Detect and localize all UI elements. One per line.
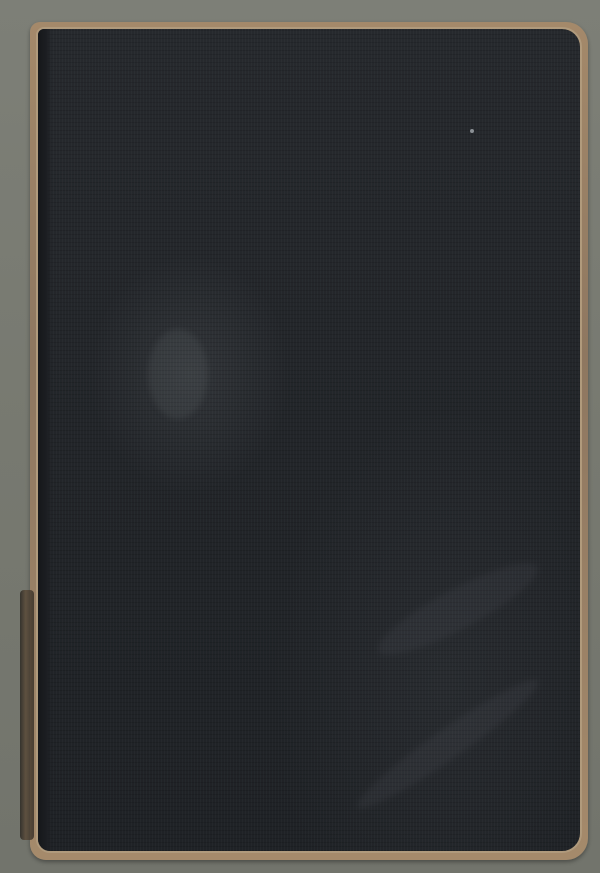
cover-scuff (369, 549, 547, 669)
cover-speck (470, 129, 474, 133)
cover-scuff (148, 329, 208, 419)
book-cover (36, 27, 582, 853)
worn-spine-edge (20, 590, 34, 840)
cover-scuff (349, 669, 546, 820)
photo-background (0, 0, 600, 873)
spine-shadow (38, 29, 52, 851)
